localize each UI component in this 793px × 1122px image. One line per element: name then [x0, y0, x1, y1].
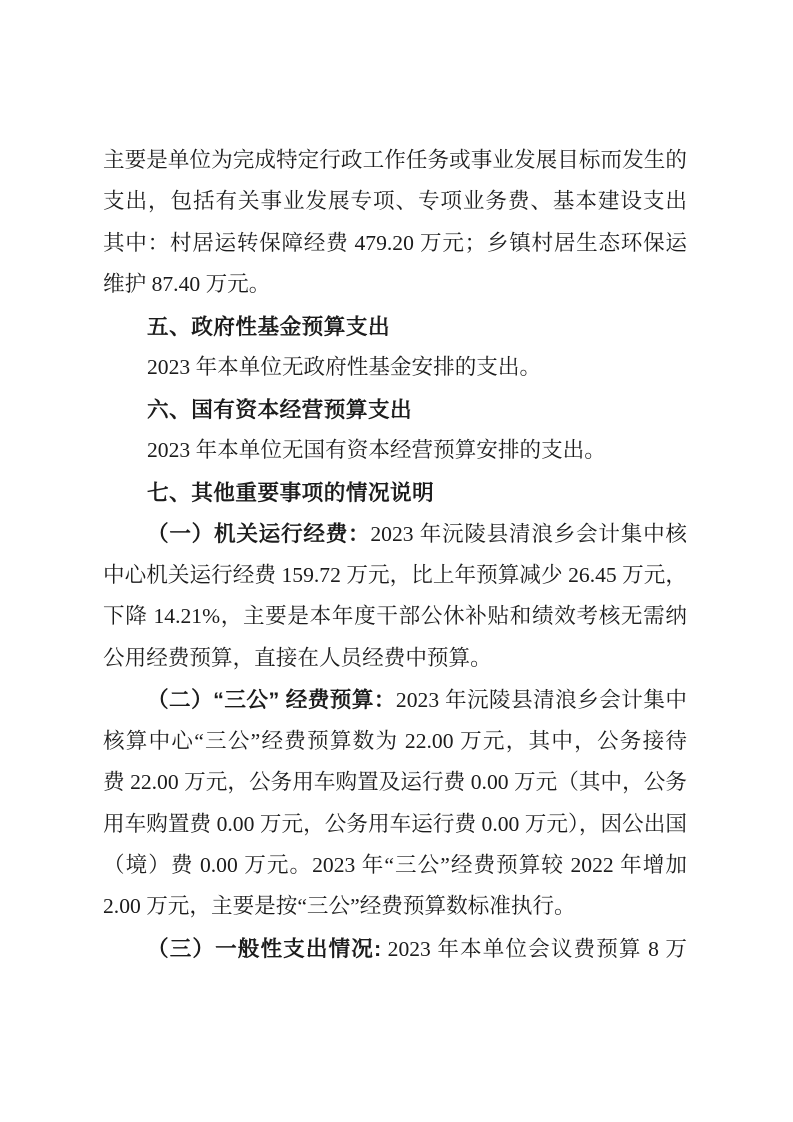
document-page: 主要是单位为完成特定行政工作任务或事业发展目标而发生的 支出，包括有关事业发展专… — [0, 0, 793, 1122]
item1-line: （一）机关运行经费：2023 年沅陵县清浪乡会计集中核算 — [103, 513, 687, 554]
item1-line: 中心机关运行经费 159.72 万元，比上年预算减少 26.45 万元， — [103, 555, 687, 596]
item2-line: （境）费 0.00 万元。2023 年“三公”经费预算较 2022 年增加 — [103, 845, 687, 886]
section-6-body: 2023 年本单位无国有资本经营预算安排的支出。 — [103, 430, 687, 471]
paragraph-line: 其中：村居运转保障经费 479.20 万元；乡镇村居生态环保运行 — [103, 223, 687, 264]
item1-line: 公用经费预算，直接在人员经费中预算。 — [103, 638, 687, 679]
item2-line: 用车购置费 0.00 万元，公务用车运行费 0.00 万元），因公出国 — [103, 804, 687, 845]
item2-line: 核算中心“三公”经费预算数为 22.00 万元，其中，公务接待 — [103, 721, 687, 762]
paragraph-line: 支出，包括有关事业发展专项、专项业务费、基本建设支出等， — [103, 181, 687, 222]
item2-lead: （二）“三公” 经费预算： — [147, 687, 396, 712]
paragraph-line: 主要是单位为完成特定行政工作任务或事业发展目标而发生的 — [103, 140, 687, 181]
section-heading-6: 六、国有资本经营预算支出 — [103, 389, 687, 430]
item3-lead: （三）一般性支出情况: — [147, 936, 381, 961]
item2-line: 2.00 万元，主要是按“三公”经费预算数标准执行。 — [103, 886, 687, 927]
section-heading-5: 五、政府性基金预算支出 — [103, 306, 687, 347]
item2-line: 费 22.00 万元，公务用车购置及运行费 0.00 万元（其中，公务 — [103, 762, 687, 803]
item1-lead: （一）机关运行经费： — [147, 521, 370, 546]
paragraph-line: 维护 87.40 万元。 — [103, 264, 687, 305]
item1-line: 下降 14.21%，主要是本年度干部公休补贴和绩效考核无需纳入 — [103, 596, 687, 637]
item3-line: （三）一般性支出情况: 2023 年本单位会议费预算 8 万元， — [103, 928, 687, 969]
item2-line: （二）“三公” 经费预算：2023 年沅陵县清浪乡会计集中 — [103, 679, 687, 720]
item2-text: 2023 年沅陵县清浪乡会计集中 — [396, 688, 687, 712]
section-5-body: 2023 年本单位无政府性基金安排的支出。 — [103, 347, 687, 388]
section-heading-7: 七、其他重要事项的情况说明 — [103, 472, 687, 513]
document-text-block: 主要是单位为完成特定行政工作任务或事业发展目标而发生的 支出，包括有关事业发展专… — [103, 140, 687, 969]
